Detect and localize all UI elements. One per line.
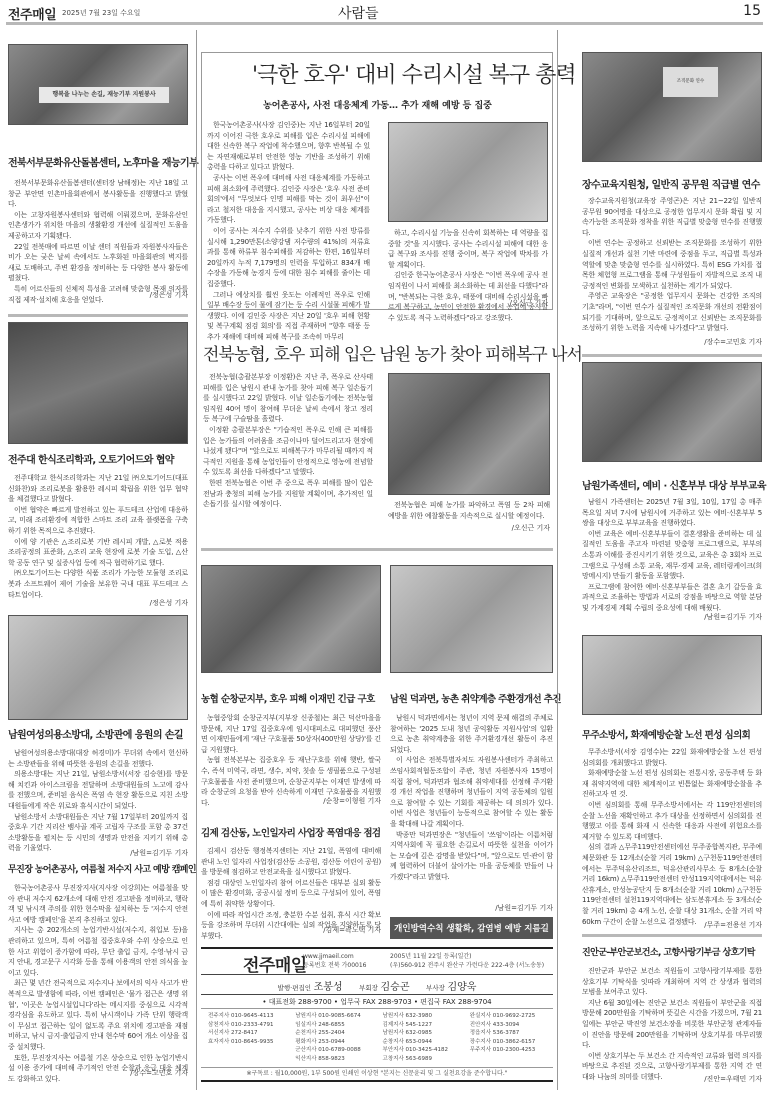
muju-fire-photo (582, 635, 762, 715)
jeonbuk-nh-byline: /오신근 기자 (388, 523, 550, 533)
sunchang-byline: /순창=이형원 기자 (201, 796, 381, 806)
masthead-footer: ※구독료 : 월10,000원, 1부 500원 인쇄인 이상현 "본지는 신문… (201, 1069, 553, 1078)
jeonbuk-nh-title: 전북농협, 호우 피해 입은 남원 농가 찾아 피해복구 나서 (203, 340, 582, 365)
bureau-entry: 김제지사 545-1227 (383, 1021, 466, 1030)
bureau-entry: 정읍지사 536-3787 (470, 1029, 553, 1038)
namwon-family-photo (582, 362, 762, 462)
bureau-directory: 전주지사 010-9645-4113남원지사 010-9085-6674남원지사… (208, 1012, 553, 1063)
masthead-registration: 등록번호 전북 가00016 (303, 961, 366, 970)
header-rule (6, 22, 763, 25)
mujin-byline: /장수=고민호 기자 (8, 1068, 188, 1078)
masthead-phones: • 대표전화 288-9700 • 업무국 FAX 288-9703 • 편집국… (201, 997, 553, 1007)
jeonju-univ-title: 전주대 한식조리학과, 오토기어드와 협약 (8, 451, 193, 466)
namwon-family-body: 남원시 가족센터는 2025년 7월 3일, 10일, 17일 총 매주 목요일… (582, 497, 762, 614)
bureau-entry: 완실지사 010-9692-2725 (470, 1012, 553, 1021)
newspaper-brand: 전주매일 (8, 4, 56, 23)
bureau-entry: 효자지사 010-8645-9935 (208, 1038, 291, 1047)
deokgwa-byline: /남원=김기두 기자 (390, 903, 553, 913)
masthead-rule (201, 1008, 553, 1009)
column-divider (196, 30, 197, 1090)
gimje-byline: /김제=곽노택 기자 (201, 925, 381, 935)
jeonbuk-nh-body: 전북농협(총괄본부장 이정환)은 지난 주, 폭우로 산사태 피해를 입은 남원… (203, 372, 373, 510)
jangsu-edu-body: 장수교육지원청(교육장 주영곤)은 지난 21~22일 일반직 공무원 90여명… (582, 196, 762, 334)
issue-date: 2025년 7월 23일 수요일 (62, 8, 140, 18)
namwon-fire-title: 남원여성의용소방대, 소방관에 응원의 손길 (8, 726, 193, 741)
jeonju-univ-photo (8, 322, 188, 444)
lead-subtitle: 농어촌공사, 사전 대응체계 가동… 추가 재해 예방 등 집중 (205, 98, 550, 111)
jeonbuk-nh-photo (388, 373, 550, 495)
bureau-entry: 익산지사 858-9823 (295, 1055, 378, 1064)
namwon-fire-photo (8, 615, 188, 720)
divider (201, 548, 553, 551)
masthead-rule (201, 994, 553, 995)
bureau-entry: 서신지사 272-8417 (208, 1029, 291, 1038)
heritage-body: 전북서부문화유산돌봄센터(센터장 남해정)는 지난 18일 고창군 부안면 인촌… (8, 178, 188, 305)
bureau-entry: 부안지사 010-3425-4182 (383, 1046, 466, 1055)
heritage-byline: /정은성 기자 (8, 290, 188, 300)
lead-body-right: 하고, 수리시설 기능을 신속히 회복하는 데 역량을 집중할 것"을 지시했다… (388, 228, 548, 323)
photo-banner: 행복을 나누는 손길, 재능기부 지원봉사 (39, 87, 169, 103)
mujin-title: 무진장 농어촌공사, 여름철 저수지 사고 예방 캠페인 (8, 862, 198, 875)
masthead-brand: 전주매일 (243, 951, 307, 976)
bureau-entry: 장수지사 010-3862-6157 (470, 1038, 553, 1047)
masthead-address: (우)560-912 전주시 완산구 가런다운 222-4층 (서노송동) (390, 961, 544, 970)
sunchang-body: 농협중앙회 순창군지부(지부장 신종철)는 최근 덕산마을을 방문해, 지난 1… (201, 713, 381, 808)
divider (582, 934, 762, 937)
jinan-body: 진안군과 부안군 보건소 직원들이 고향사랑기부제를 통한 상호기부 기탁식을 … (582, 966, 762, 1083)
section-title: 사람들 (338, 3, 379, 23)
masthead-executives: 발행·편집인 조봉성 부회장 김승곤 부사장 김양욱 (201, 978, 553, 993)
bureau-entry: 무주지사 010-2300-4253 (470, 1046, 553, 1055)
bureau-entry: 고창지사 563-6989 (383, 1055, 466, 1064)
bureau-entry (208, 1055, 291, 1064)
namwon-family-title: 남원가족센터, 예비 · 신혼부부 대상 부부교육 (582, 477, 767, 492)
jeonbuk-nh-caption: 전북농협은 피해 농가를 파악하고 폭염 등 2차 피해 예방을 위한 예찰활동… (388, 500, 550, 521)
lead-photo (388, 122, 548, 222)
bureau-entry: 순창지사 653-0944 (383, 1038, 466, 1047)
lead-body-left: 한국농어촌공사(사장 김인중)는 지난 16일부터 20일까지 이어진 극한 호… (207, 120, 370, 342)
bureau-entry: 진안지사 433-3094 (470, 1021, 553, 1030)
bureau-entry: 순천지사 255-2404 (295, 1029, 378, 1038)
masthead-rule (201, 1067, 553, 1068)
jangsu-edu-byline: /장수=고민호 기자 (582, 337, 762, 347)
jinan-byline: /진안=우태민 기자 (582, 1074, 762, 1084)
bureau-entry: 남원지사 010-9085-6674 (295, 1012, 378, 1021)
heritage-photo: 행복을 나누는 손길, 재능기부 지원봉사 (8, 44, 188, 125)
bureau-entry: 남원지사 632-3980 (383, 1012, 466, 1021)
divider (8, 314, 188, 317)
deokgwa-title: 남원 덕과면, 농촌 취약계층 주환경개선 추진 (390, 691, 560, 705)
column-divider (557, 30, 558, 1090)
projector-screen: 조직문화 연수 (663, 67, 718, 97)
masthead-web: www.jjmaeil.com (303, 952, 354, 961)
muju-fire-body: 무주소방서(서장 김영수)는 22일 화재예방순찰 노선 편성 심의회를 개최했… (582, 747, 762, 927)
bureau-entry (470, 1055, 553, 1064)
sunchang-photo (201, 565, 381, 673)
divider (582, 354, 762, 357)
heritage-title: 전북서부문화유산돌봄센터, 노후마을 재능기부 (8, 154, 193, 169)
masthead-rule (201, 1080, 553, 1082)
campaign-banner: 개인방역수칙 생활화, 감염병 예방 지름길 (390, 917, 553, 939)
muju-fire-byline: /무주=전용선 기자 (582, 920, 762, 930)
namwon-family-byline: /남원=김기두 기자 (582, 612, 762, 622)
masthead-rule (201, 947, 553, 949)
page-number: 15 (743, 3, 761, 19)
bureau-entry (208, 1046, 291, 1055)
gimje-title: 김제 검산동, 노인일자리 사업장 폭염대응 점검 (201, 825, 386, 839)
muju-fire-title: 무주소방서, 화재예방순찰 노선 편성 심의회 (582, 727, 767, 741)
bureau-entry: 평화지사 253-0944 (295, 1038, 378, 1047)
namwon-fire-body: 남원여성의용소방대(대장 허경미)가 무더위 속에서 헌신하는 소방관들을 위해… (8, 748, 188, 854)
lead-title: '극한 호우' 대비 수리시설 복구 총력 (252, 58, 576, 89)
jeonju-univ-byline: /정은성 기자 (8, 598, 188, 608)
jangsu-edu-title: 장수교육지원청, 일반직 공무원 직급별 연수 (582, 176, 767, 191)
deokgwa-body: 남원시 덕과면에서는 청년이 지역 문제 해결의 주체로 참여하는 '2025 … (390, 713, 553, 883)
bureau-entry: 임실지사 248-6855 (295, 1021, 378, 1030)
lead-byline: /오신근 기자 (388, 298, 548, 308)
jinan-title: 진안군-부안군보건소, 고향사랑기부금 상호기탁 (582, 945, 769, 958)
deokgwa-photo (390, 565, 553, 673)
mujin-body: 한국농어촌공사 무진장지사(지사장 이강희)는 여름철을 맞아 관내 저수지 6… (8, 883, 188, 1084)
bureau-entry: 전주지사 010-9645-4113 (208, 1012, 291, 1021)
masthead-rule (201, 974, 553, 975)
namwon-fire-byline: /남원=김기두 기자 (8, 848, 188, 858)
sunchang-title: 농협 순창군지부, 호우 피해 이재민 긴급 구호 (201, 691, 386, 705)
jangsu-edu-photo: 조직문화 연수 (582, 52, 762, 162)
jeonju-univ-body: 전주대학교 한식조리학과는 지난 21일 ㈜오토기어드(대표 신화찬)와 조리로… (8, 473, 188, 600)
bureau-entry: 삼천지사 010-2333-4791 (208, 1021, 291, 1030)
masthead-founded: 2005년 11월 22일 등록(일간) (390, 952, 472, 961)
bureau-entry: 군산지사 010-6789-0088 (295, 1046, 378, 1055)
bureau-entry: 남원지사 632-0985 (383, 1029, 466, 1038)
